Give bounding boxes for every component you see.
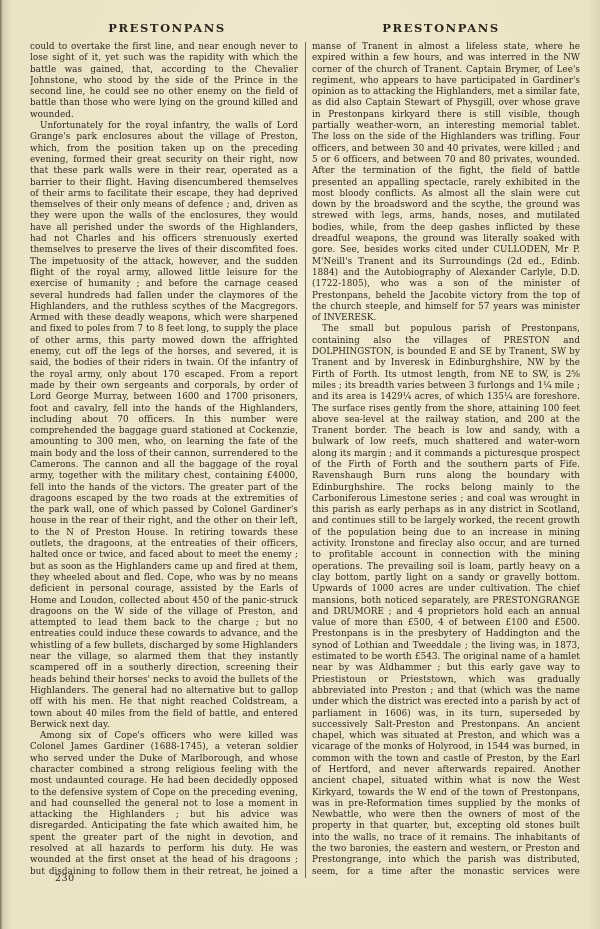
paragraph-continuation: could to overtake the first line, and ne…	[30, 42, 298, 121]
column-divider	[305, 42, 306, 878]
running-head-left: PRESTONPANS	[30, 21, 304, 35]
paragraph: Among six of Cope's officers who were ki…	[30, 731, 298, 878]
running-heads: PRESTONPANS PRESTONPANS	[0, 0, 600, 35]
paragraph: Unfortunately for the royal infantry, th…	[30, 121, 298, 731]
paragraph-continuation: manse of Tranent in almost a lifeless st…	[312, 42, 580, 324]
text-columns: could to overtake the first line, and ne…	[0, 35, 600, 878]
left-column: could to overtake the first line, and ne…	[30, 42, 298, 878]
right-column: manse of Tranent in almost a lifeless st…	[312, 42, 580, 878]
running-head-right: PRESTONPANS	[304, 21, 578, 35]
page-number: 230	[55, 873, 75, 884]
book-page: PRESTONPANS PRESTONPANS could to overtak…	[0, 0, 600, 929]
paragraph: The small but populous parish of Preston…	[312, 324, 580, 878]
